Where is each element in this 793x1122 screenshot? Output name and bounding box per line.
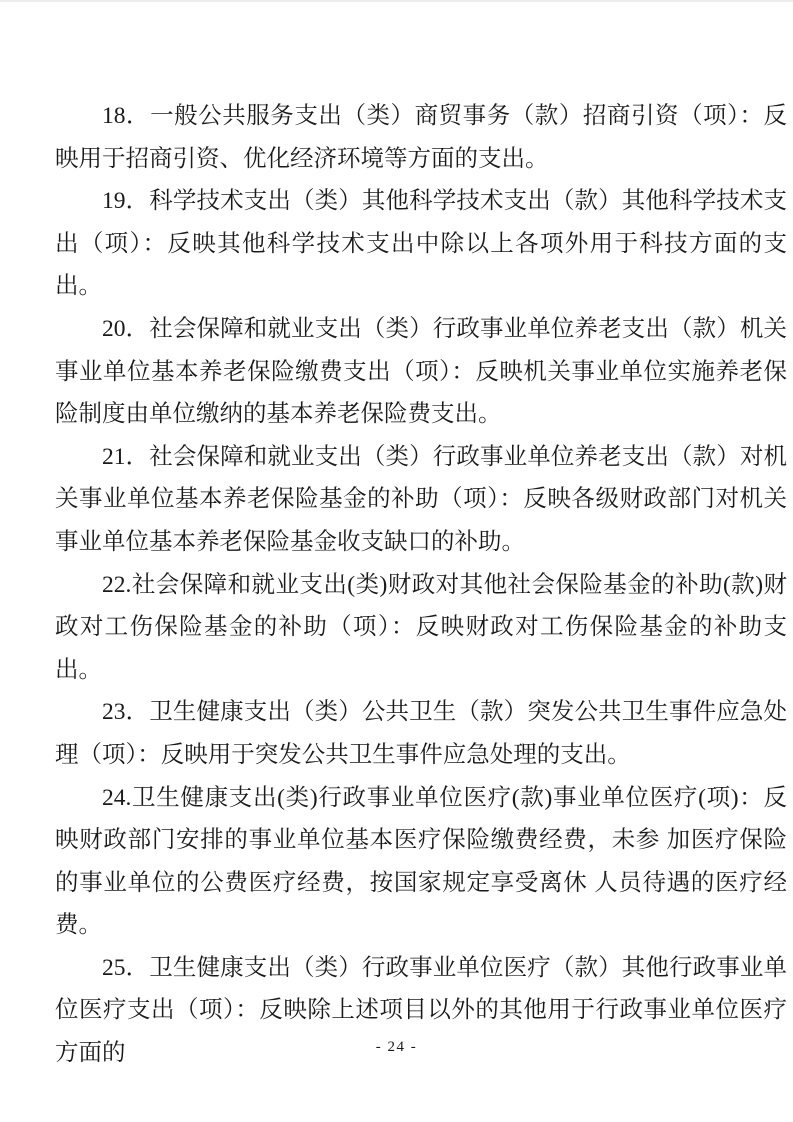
document-page: 18．一般公共服务支出（类）商贸事务（款）招商引资（项）：反映用于招商引资、优化… <box>0 0 793 1122</box>
scan-edge-artifact <box>0 0 793 2</box>
budget-item-22: 22.社会保障和就业支出(类)财政对其他社会保险基金的补助(款)财政对工伤保险基… <box>55 564 787 692</box>
budget-item-24: 24.卫生健康支出(类)行政事业单位医疗(款)事业单位医疗(项)：反映财政部门安… <box>55 777 787 947</box>
budget-item-19: 19．科学技术支出（类）其他科学技术支出（款）其他科学技术支出（项）：反映其他科… <box>55 180 787 308</box>
budget-item-23: 23．卫生健康支出（类）公共卫生（款）突发公共卫生事件应急处理（项）：反映用于突… <box>55 691 787 776</box>
budget-item-21: 21．社会保障和就业支出（类）行政事业单位养老支出（款）对机关事业单位基本养老保… <box>55 436 787 564</box>
page-number: - 24 - <box>376 1039 418 1055</box>
page-content: 18．一般公共服务支出（类）商贸事务（款）招商引资（项）：反映用于招商引资、优化… <box>55 95 787 1075</box>
page-footer: - 24 - <box>0 1038 793 1056</box>
budget-item-18: 18．一般公共服务支出（类）商贸事务（款）招商引资（项）：反映用于招商引资、优化… <box>55 95 787 180</box>
budget-item-20: 20．社会保障和就业支出（类）行政事业单位养老支出（款）机关事业单位基本养老保险… <box>55 308 787 436</box>
